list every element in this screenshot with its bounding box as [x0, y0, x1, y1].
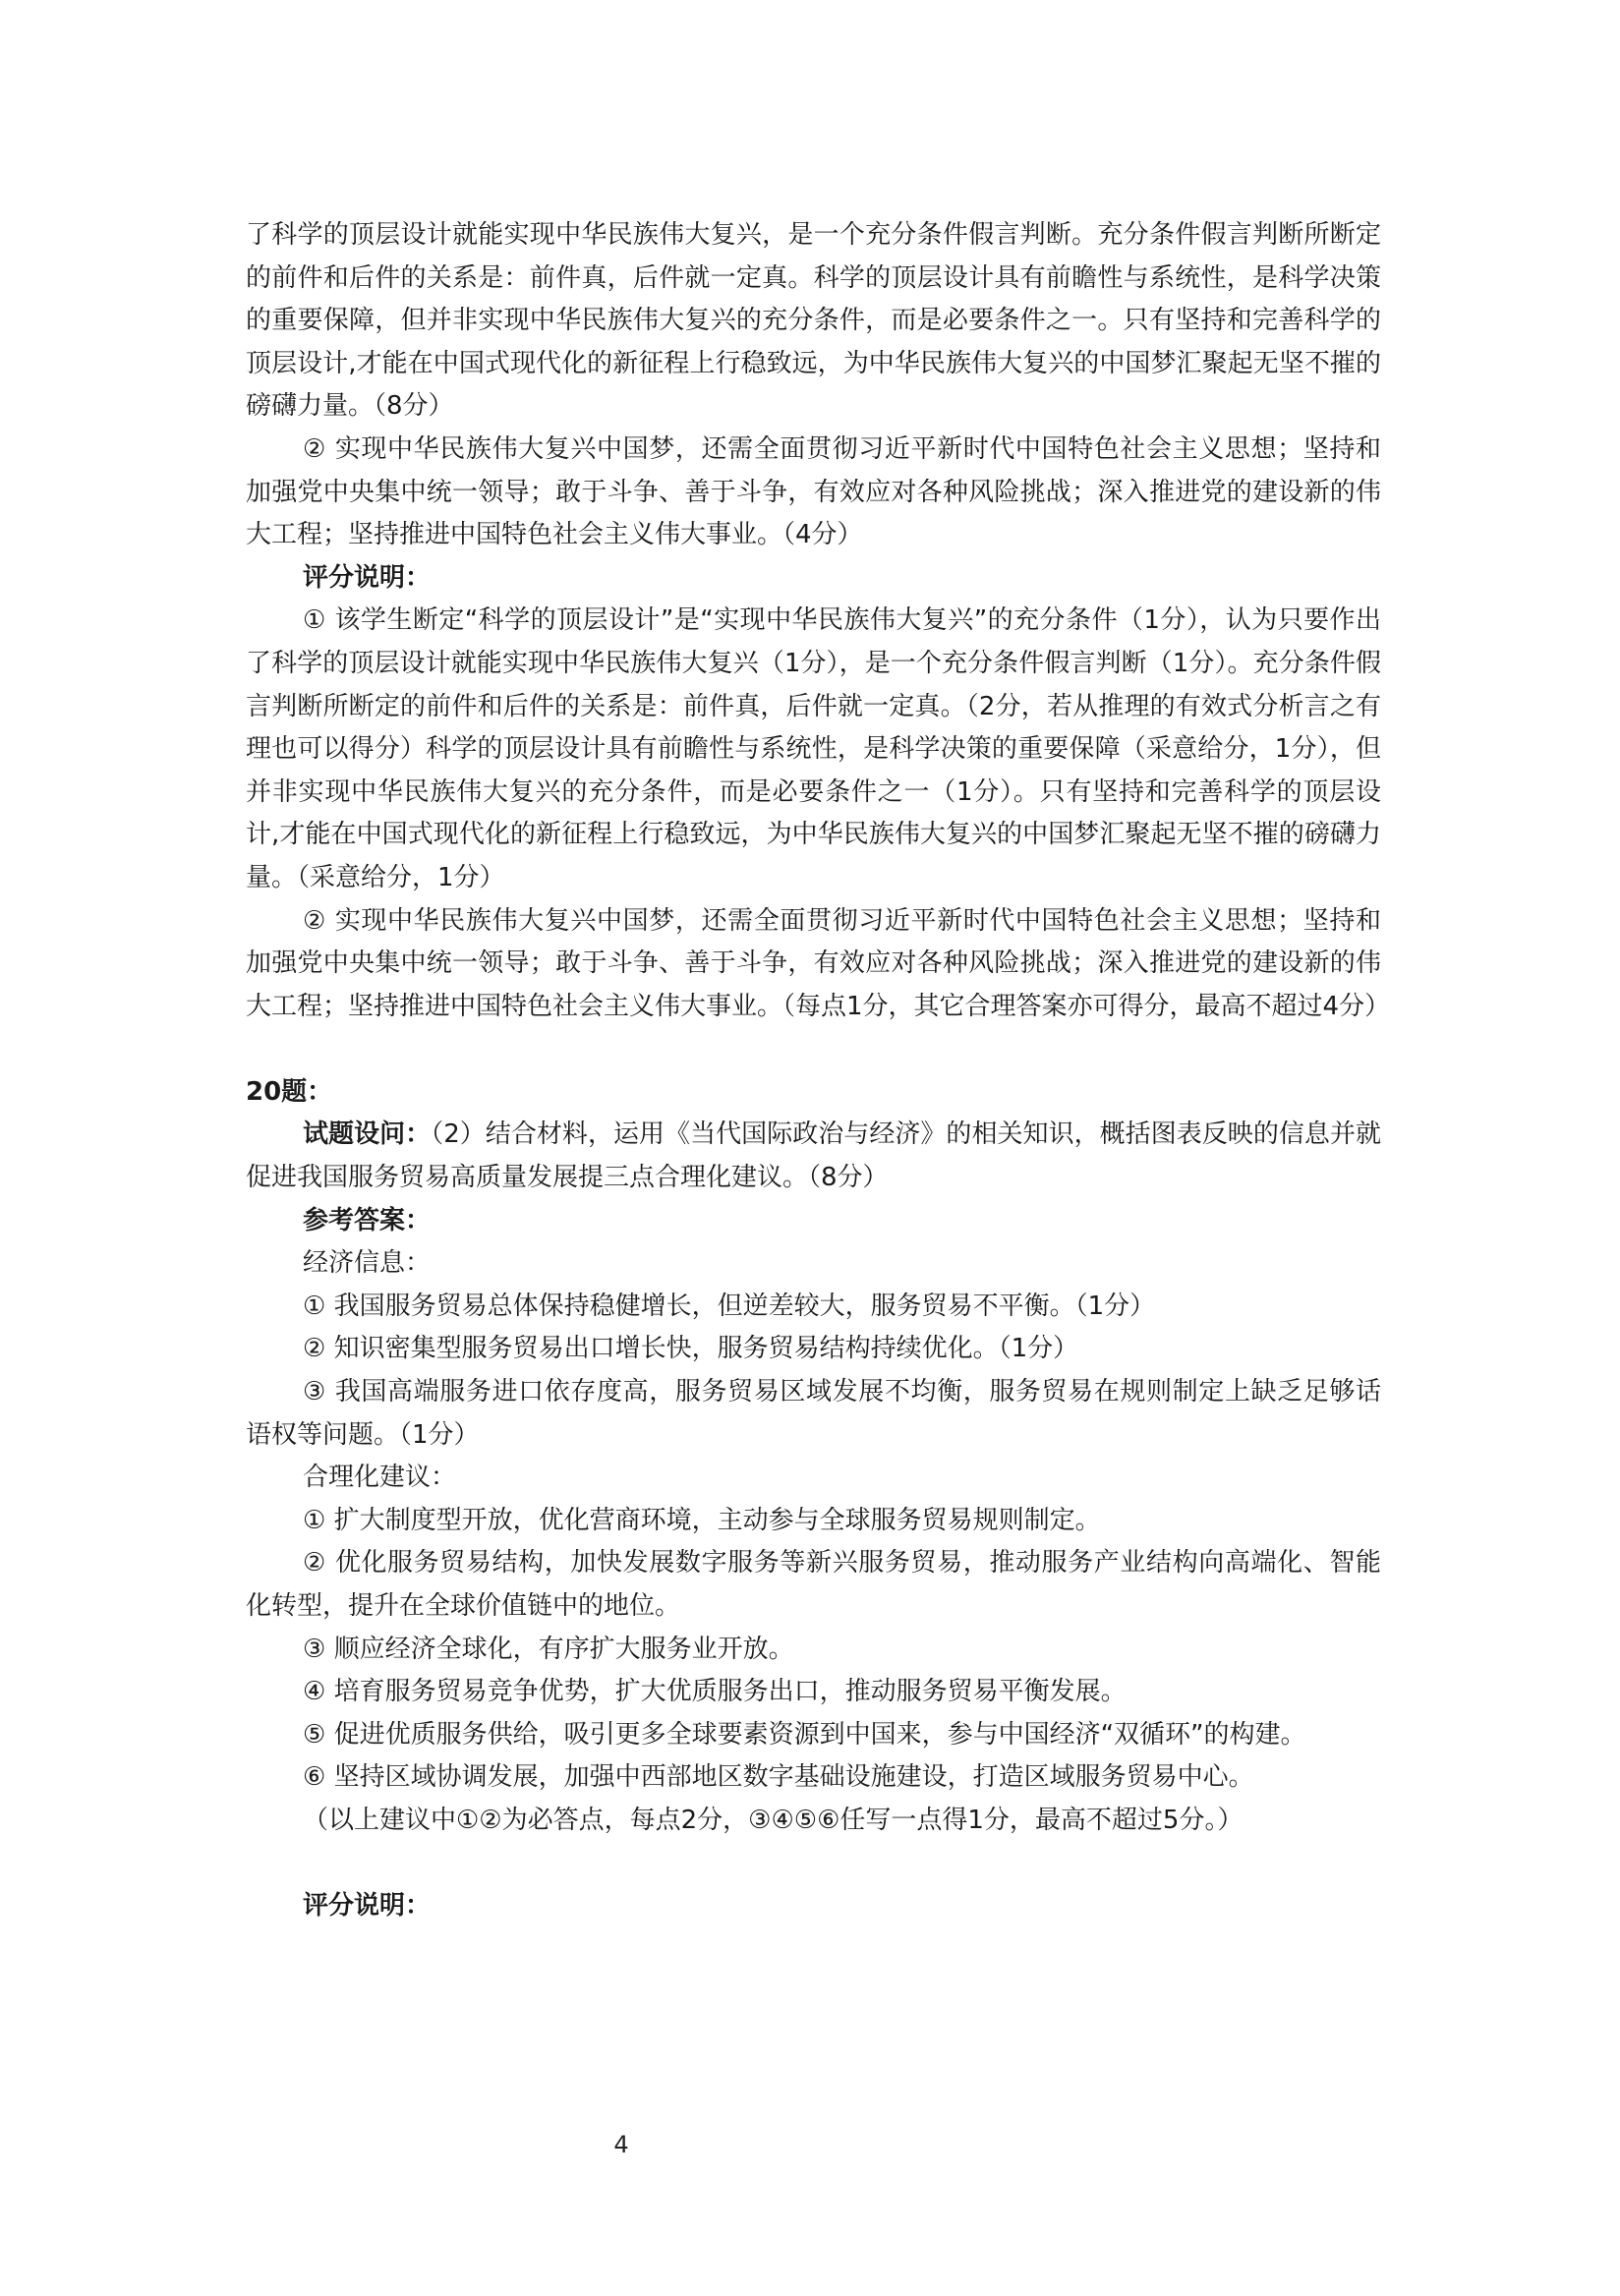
document-page: 了科学的顶层设计就能实现中华民族伟大复兴，是一个充分条件假言判断。充分条件假言判…: [246, 214, 1381, 1928]
q20-suggestion-item: ① 扩大制度型开放，优化营商环境，主动参与全球服务贸易规则制定。: [246, 1500, 1381, 1543]
q19-scoring-heading: 评分说明：: [246, 557, 1381, 601]
q19-answer-paragraph-2: ② 实现中华民族伟大复兴中国梦，还需全面贯彻习近平新时代中国特色社会主义思想；坚…: [246, 429, 1381, 557]
q20-suggestion-item: ⑥ 坚持区域协调发展，加强中西部地区数字基础设施建设，打造区域服务贸易中心。: [246, 1756, 1381, 1800]
q20-suggestion-item: ② 优化服务贸易结构，加快发展数字服务等新兴服务贸易，推动服务产业结构向高端化、…: [246, 1542, 1381, 1628]
q20-answer-heading: 参考答案：: [246, 1200, 1381, 1243]
q20-scoring-heading: 评分说明：: [246, 1885, 1381, 1928]
q20-suggestion-item: ③ 顺应经济全球化，有序扩大服务业开放。: [246, 1629, 1381, 1672]
q20-suggestion-item: ⑤ 促进优质服务供给，吸引更多全球要素资源到中国来，参与中国经济“双循环”的构建…: [246, 1714, 1381, 1757]
section-spacer: [246, 1843, 1381, 1886]
q20-economic-info-item: ② 知识密集型服务贸易出口增长快，服务贸易结构持续优化。（1分）: [246, 1328, 1381, 1371]
q20-economic-info-label: 经济信息：: [246, 1242, 1381, 1286]
page-number: 4: [0, 2131, 1243, 2158]
q19-scoring-paragraph-2: ② 实现中华民族伟大复兴中国梦，还需全面贯彻习近平新时代中国特色社会主义思想；坚…: [246, 900, 1381, 1029]
q20-question: 试题设问：（2）结合材料，运用《当代国际政治与经济》的相关知识，概括图表反映的信…: [246, 1114, 1381, 1199]
q20-economic-info-item: ③ 我国高端服务进口依存度高，服务贸易区域发展不均衡，服务贸易在规则制定上缺乏足…: [246, 1371, 1381, 1457]
q20-question-label: 试题设问：: [303, 1119, 431, 1149]
q20-suggestions-note: （以上建议中①②为必答点，每点2分，③④⑤⑥任写一点得1分，最高不超过5分。）: [246, 1800, 1381, 1843]
section-spacer: [246, 1028, 1381, 1071]
q19-answer-paragraph-1-continued: 了科学的顶层设计就能实现中华民族伟大复兴，是一个充分条件假言判断。充分条件假言判…: [246, 214, 1381, 429]
q20-economic-info-item: ① 我国服务贸易总体保持稳健增长，但逆差较大，服务贸易不平衡。（1分）: [246, 1286, 1381, 1329]
q20-suggestion-item: ④ 培育服务贸易竞争优势，扩大优质服务出口，推动服务贸易平衡发展。: [246, 1671, 1381, 1714]
q20-title: 20题：: [246, 1071, 1381, 1115]
q19-scoring-paragraph-1: ① 该学生断定“科学的顶层设计”是“实现中华民族伟大复兴”的充分条件（1分），认…: [246, 600, 1381, 899]
q20-suggestions-label: 合理化建议：: [246, 1457, 1381, 1500]
